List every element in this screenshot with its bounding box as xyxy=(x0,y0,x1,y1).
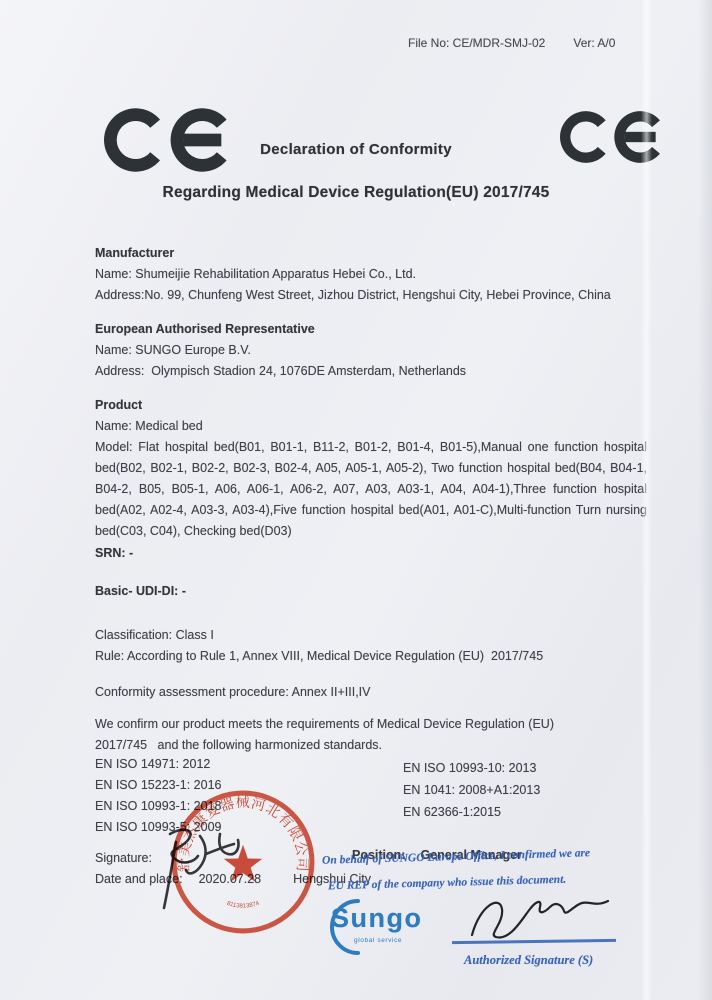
product-model-list: Model: Flat hospital bed(B01, B01-1, B11… xyxy=(95,437,647,542)
basic-udi-line: Basic- UDI-DI: - xyxy=(95,581,647,602)
file-no: File No: CE/MDR-SMJ-02 xyxy=(408,36,545,50)
srn-line: SRN: - xyxy=(95,543,647,564)
manufacturer-section: Manufacturer Name: Shumeijie Rehabilitat… xyxy=(95,243,647,306)
product-heading: Product xyxy=(95,395,647,416)
product-section: Product Name: Medical bed Model: Flat ho… xyxy=(95,395,647,564)
conformity-line: Conformity assessment procedure: Annex I… xyxy=(95,682,647,703)
handwritten-signature-icon xyxy=(136,820,256,915)
confirmation-paragraph: We confirm our product meets the require… xyxy=(95,714,647,756)
manufacturer-name: Name: Shumeijie Rehabilitation Apparatus… xyxy=(95,264,647,285)
standards-right-column: EN ISO 10993-10: 2013 EN 1041: 2008+A1:2… xyxy=(403,757,540,823)
eu-rep-heading: European Authorised Representative xyxy=(95,319,647,340)
authorized-signature-label: Authorized Signature (S) xyxy=(464,953,593,968)
manufacturer-address: Address:No. 99, Chunfeng West Street, Ji… xyxy=(95,285,647,306)
authorized-signature-icon xyxy=(466,891,616,943)
sungo-wordmark: Sungo xyxy=(331,903,422,934)
eu-rep-address: Address: Olympisch Stadion 24, 1076DE Am… xyxy=(95,361,647,382)
manufacturer-heading: Manufacturer xyxy=(95,243,647,264)
confirmation-line-1: We confirm our product meets the require… xyxy=(95,714,647,735)
version: Ver: A/0 xyxy=(573,36,615,50)
standard-item: EN ISO 14971: 2012 xyxy=(95,754,647,775)
standard-item: EN ISO 10993-10: 2013 xyxy=(403,757,540,779)
eu-rep-section: European Authorised Representative Name:… xyxy=(95,319,647,382)
product-name: Name: Medical bed xyxy=(95,416,647,437)
ce-mark-left-icon xyxy=(104,90,234,190)
eu-rep-name: Name: SUNGO Europe B.V. xyxy=(95,340,647,361)
ce-mark-right-icon xyxy=(560,95,666,179)
classification-section: Classification: Class I Rule: According … xyxy=(95,625,647,667)
sungo-tagline: global service xyxy=(354,937,402,944)
rule-line: Rule: According to Rule 1, Annex VIII, M… xyxy=(95,646,647,667)
confirmation-line-2: 2017/745 and the following harmonized st… xyxy=(95,735,647,756)
file-header: File No: CE/MDR-SMJ-02Ver: A/0 xyxy=(408,36,615,50)
standard-item: EN 1041: 2008+A1:2013 xyxy=(403,779,540,801)
sungo-logo: Sungo global service xyxy=(316,895,456,961)
document-page: File No: CE/MDR-SMJ-02Ver: A/0 Declarati… xyxy=(0,0,712,1000)
classification-line: Classification: Class I xyxy=(95,625,647,646)
standard-item: EN 62366-1:2015 xyxy=(403,801,540,823)
